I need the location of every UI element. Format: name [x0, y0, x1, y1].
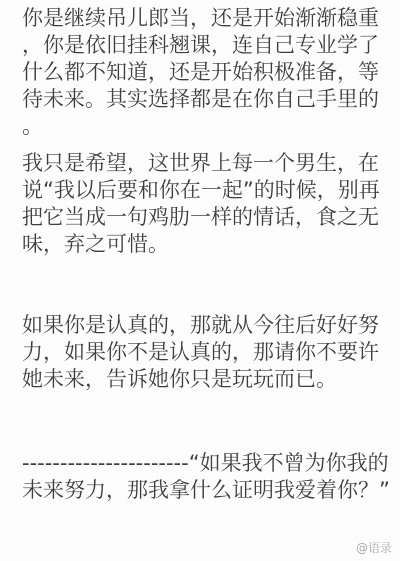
quote-image-page: 你是继续吊儿郎当，还是开始渐渐稳重 ，你是依旧挂科翘课，连自己专业学了 什么都不… [0, 0, 400, 561]
paragraph-3: 如果你是认真的，那就从今往后好好努 力，如果你不是认真的，那请你不要许 她未来，… [22, 312, 380, 393]
text-line: 她未来，告诉她你只是玩玩而已。 [22, 366, 380, 393]
text-line: 力，如果你不是认真的，那请你不要许 [22, 339, 380, 366]
text-line: 你是继续吊儿郎当，还是开始渐渐稳重 [22, 5, 380, 32]
text-line: ----------------------“如果我不曾为你我的 [22, 450, 380, 477]
paragraph-1: 你是继续吊儿郎当，还是开始渐渐稳重 ，你是依旧挂科翘课，连自己专业学了 什么都不… [22, 5, 380, 140]
text-line: 把它当成一句鸡肋一样的情话，食之无 [22, 204, 380, 231]
text-line: 未来努力，那我拿什么证明我爱着你？” [22, 477, 380, 504]
text-line: 味，弃之可惜。 [22, 231, 380, 258]
paragraph-2: 我只是希望，这世界上每一个男生，在 说“我以后要和你在一起”的时候，别再 把它当… [22, 150, 380, 258]
text-line: 待未来。其实选择都是在你自己手里的 [22, 86, 380, 113]
text-line: 我只是希望，这世界上每一个男生，在 [22, 150, 380, 177]
text-line: 什么都不知道，还是开始积极准备，等 [22, 59, 380, 86]
text-line: ，你是依旧挂科翘课，连自己专业学了 [22, 32, 380, 59]
text-line: 如果你是认真的，那就从今往后好好努 [22, 312, 380, 339]
watermark: @语录 [356, 541, 392, 555]
text-line: 。 [22, 113, 380, 140]
text-line: 说“我以后要和你在一起”的时候，别再 [22, 177, 380, 204]
paragraph-4-quote: ----------------------“如果我不曾为你我的 未来努力，那我… [22, 450, 380, 504]
article-text: 你是继续吊儿郎当，还是开始渐渐稳重 ，你是依旧挂科翘课，连自己专业学了 什么都不… [0, 0, 400, 504]
